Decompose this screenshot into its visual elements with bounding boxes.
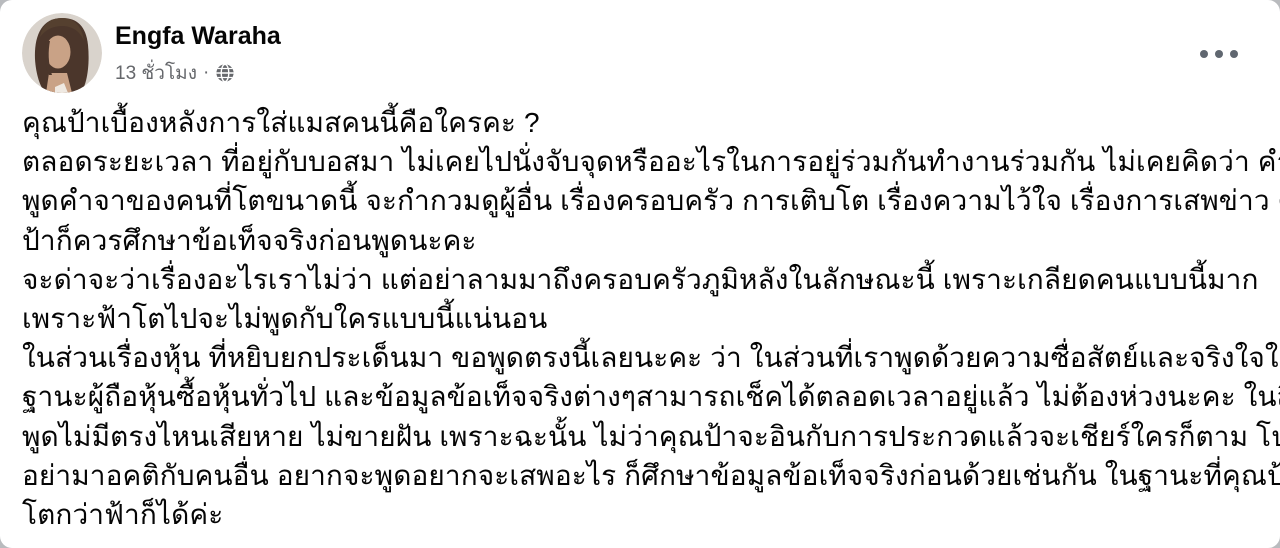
- post-text-line: ในส่วนเรื่องหุ้น ที่หยิบยกประเด็นมา ขอพู…: [22, 338, 1258, 377]
- timestamp[interactable]: 13 ชั่วโมง: [115, 58, 197, 88]
- post-body: คุณป้าเบื้องหลังการใส่แมสคนนี้คือใครคะ ?…: [0, 93, 1280, 534]
- post-text-line: พูดคำจาของคนที่โตขนาดนี้ จะกำกวมดูผู้อื่…: [22, 181, 1258, 220]
- avatar[interactable]: [22, 13, 102, 93]
- post-text-line: ฐานะผู้ถือหุ้นซื้อหุ้นทั่วไป และข้อมูลข้…: [22, 377, 1258, 416]
- post-text-line: ตลอดระยะเวลา ที่อยู่กับบอสมา ไม่เคยไปนั่…: [22, 142, 1258, 181]
- post-text-line: คุณป้าเบื้องหลังการใส่แมสคนนี้คือใครคะ ?: [22, 103, 1258, 142]
- post-text-line: เพราะฟ้าโตไปจะไม่พูดกับใครแบบนี้แน่นอน: [22, 299, 1258, 338]
- post-text-line: จะด่าจะว่าเรื่องอะไรเราไม่ว่า แต่อย่าลาม…: [22, 260, 1258, 299]
- post-header: Engfa Waraha 13 ชั่วโมง ·: [0, 0, 1280, 93]
- post-text-line: ป้าก็ควรศึกษาข้อเท็จจริงก่อนพูดนะคะ: [22, 221, 1258, 260]
- ellipsis-icon: [1215, 50, 1223, 58]
- post-text-line: อย่ามาอคติกับคนอื่น อยากจะพูดอยากจะเสพอะ…: [22, 456, 1258, 495]
- ellipsis-icon: [1230, 50, 1238, 58]
- meta-separator: ·: [203, 62, 209, 84]
- facebook-post-card: Engfa Waraha 13 ชั่วโมง · คุณป้าเบื้องหล…: [0, 0, 1280, 548]
- ellipsis-icon: [1200, 50, 1208, 58]
- post-meta: 13 ชั่วโมง ·: [115, 58, 281, 88]
- avatar-portrait-graphic: [22, 13, 102, 93]
- post-text-line: พูดไม่มีตรงไหนเสียหาย ไม่ขายฝัน เพราะฉะน…: [22, 417, 1258, 456]
- post-menu-button[interactable]: [1194, 44, 1244, 64]
- post-text-line: โตกว่าฟ้าก็ได้ค่ะ: [22, 495, 1258, 534]
- globe-icon: [215, 63, 235, 83]
- author-name[interactable]: Engfa Waraha: [115, 22, 281, 51]
- post-header-info: Engfa Waraha 13 ชั่วโมง ·: [115, 13, 281, 88]
